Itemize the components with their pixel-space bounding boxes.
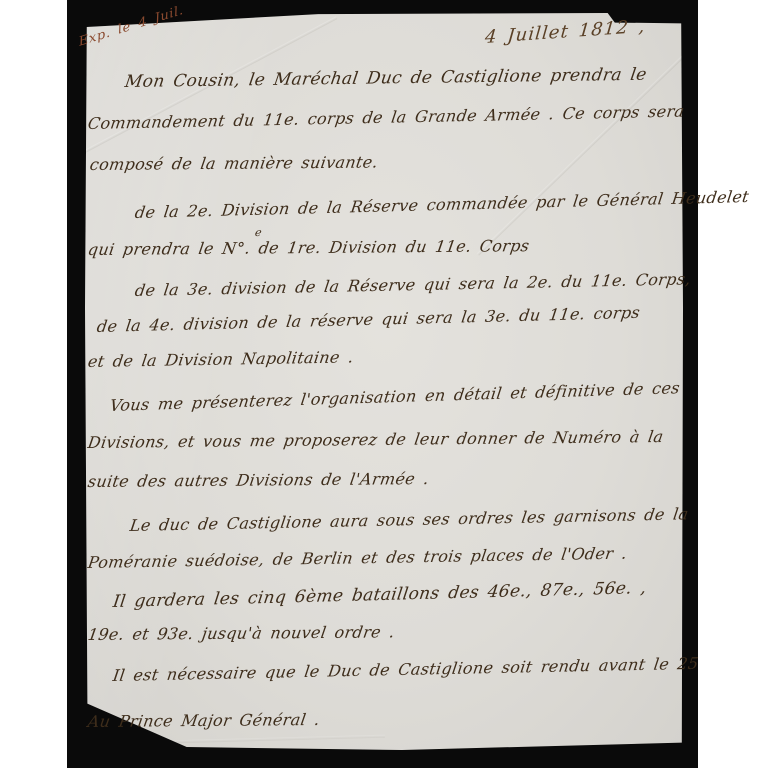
paper-crease — [145, 735, 385, 744]
manuscript-paper: Exp. le 4 Juil. 4 Juillet 1812 , Mon Cou… — [85, 13, 683, 750]
photo-black-background: Exp. le 4 Juil. 4 Juillet 1812 , Mon Cou… — [67, 0, 698, 768]
letter-line: qui prendra le N°. de 1re. Division du 1… — [87, 236, 531, 259]
letter-line: 19e. et 93e. jusqu'à nouvel ordre . — [87, 622, 397, 644]
letter-line: suite des autres Divisions de l'Armée . — [87, 469, 431, 491]
letter-photo-page: Exp. le 4 Juil. 4 Juillet 1812 , Mon Cou… — [0, 0, 768, 768]
letter-line: Au Prince Major Général . — [87, 710, 322, 731]
letter-line: composé de la manière suivante. — [89, 152, 380, 174]
